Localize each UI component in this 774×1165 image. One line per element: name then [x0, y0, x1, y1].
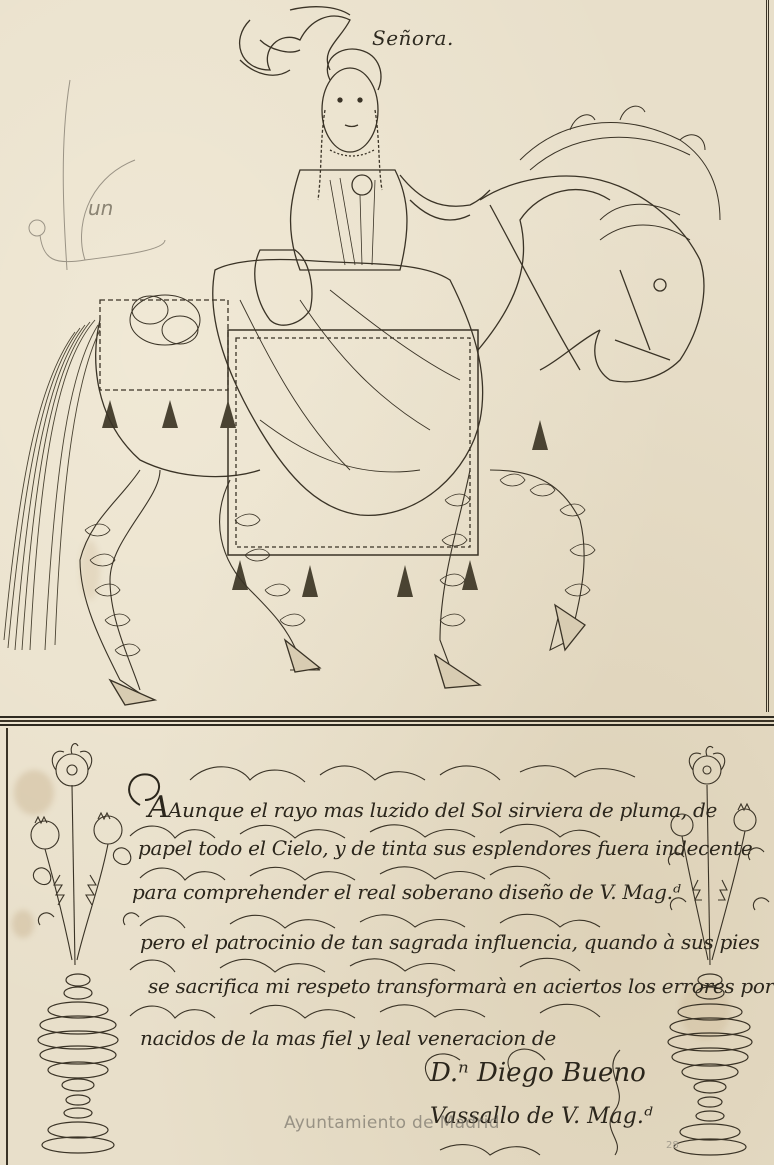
flourish-row — [120, 760, 680, 790]
engraved-page: un — [0, 0, 774, 1165]
dedication-line-4: pero el patrocinio de tan sagrada influe… — [140, 930, 760, 954]
dedication-line-5: se sacrifica mi respeto transformarà en … — [148, 974, 774, 998]
dedication-line-2: papel todo el Cielo, y de tinta sus espl… — [138, 836, 752, 860]
plate-title: Señora. — [372, 26, 454, 50]
signature-flourish — [420, 1040, 670, 1160]
watermark: Ayuntamiento de Madrid — [284, 1113, 500, 1133]
flourish-row — [120, 998, 680, 1028]
plate-divider-rule — [0, 716, 774, 726]
feather-headdress-icon — [240, 7, 350, 75]
rider-illustration — [0, 0, 774, 712]
dedication-line-3: para comprehender el real soberano diseñ… — [132, 880, 680, 904]
tassel-icon — [102, 400, 548, 597]
folio-number: 28 — [666, 1140, 679, 1151]
